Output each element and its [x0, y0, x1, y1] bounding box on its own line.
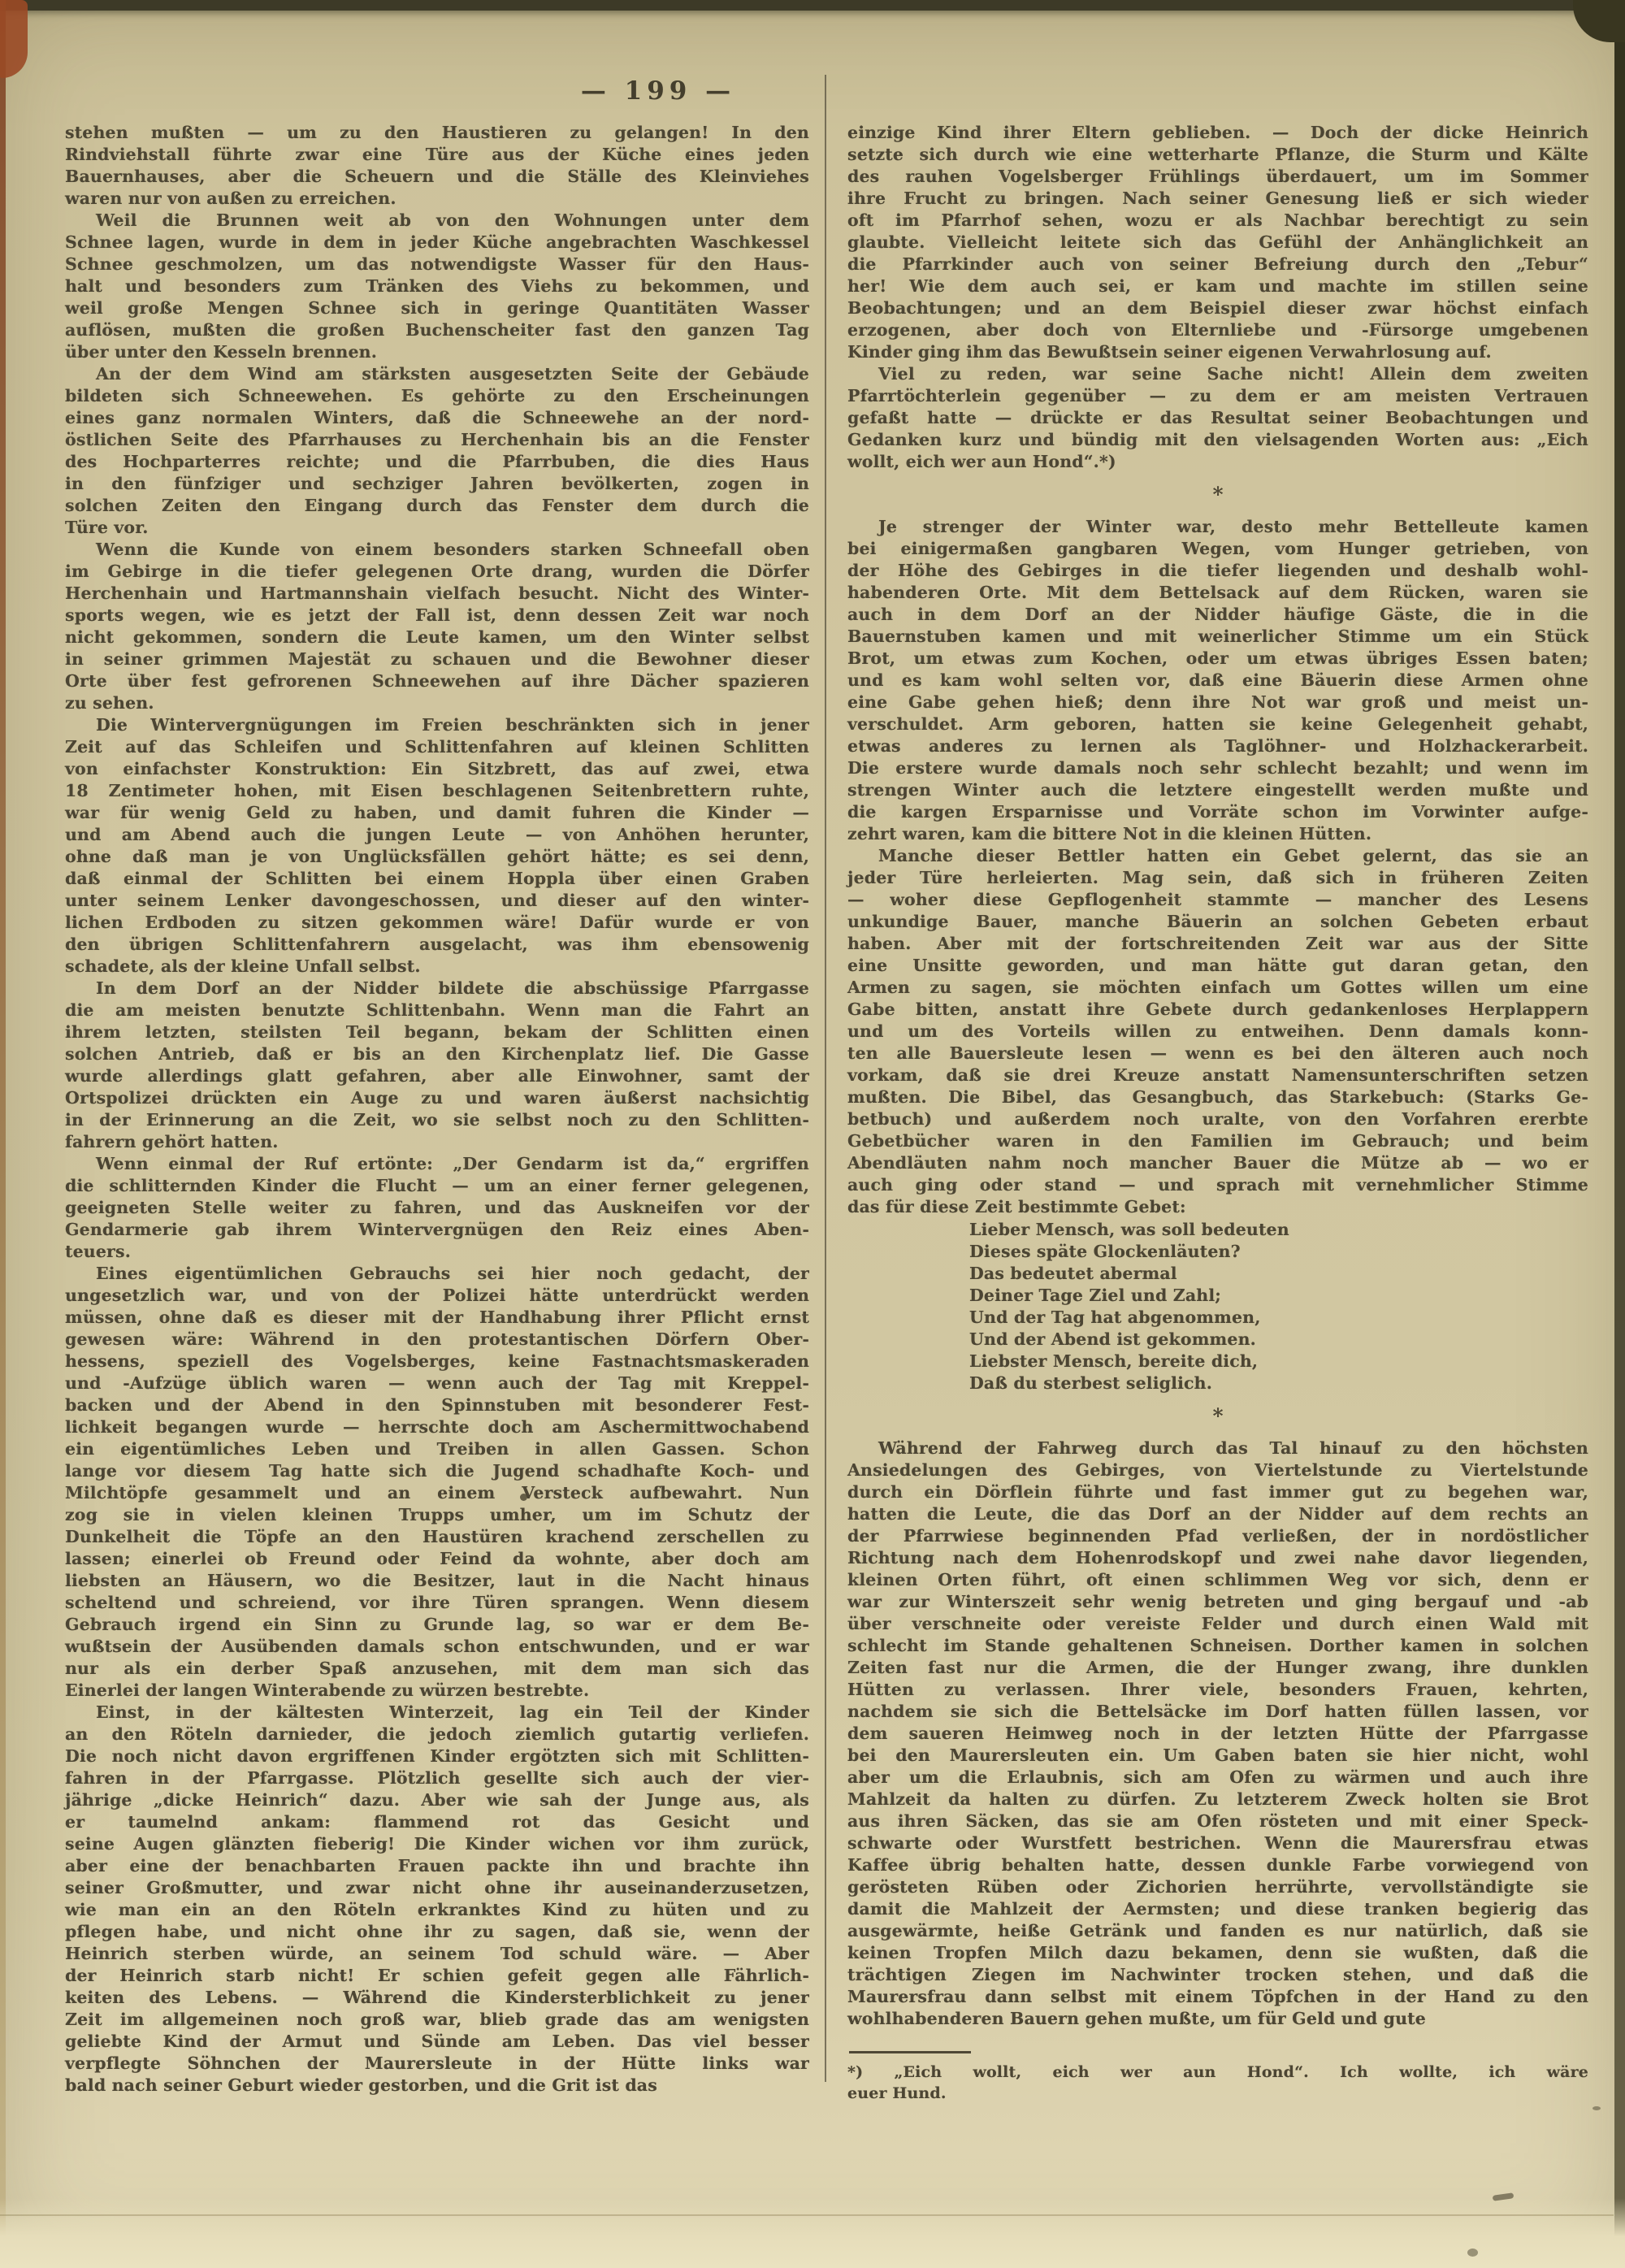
text-line: Einst, in der kältesten Winterzeit, lag … — [65, 1702, 809, 1724]
footnote-rule — [849, 2051, 971, 2053]
text-line: solchen Zeiten den Eingang durch das Fen… — [65, 495, 809, 517]
text-line: Wenn einmal der Ruf ertönte: „Der Gendar… — [65, 1153, 809, 1175]
text-line: geeigneten Stelle weiter zu fahren, und … — [65, 1197, 809, 1219]
text-line: Manche dieser Bettler hatten ein Gebet g… — [847, 845, 1588, 867]
text-line: gerösteten Rüben oder Zichorien herrührt… — [847, 1876, 1588, 1898]
left-text-column: stehen mußten — um zu den Haustieren zu … — [65, 122, 809, 2097]
paragraph: Die Wintervergnügungen im Freien beschrä… — [65, 714, 809, 978]
paragraph: Wenn einmal der Ruf ertönte: „Der Gendar… — [65, 1153, 809, 1263]
text-line: Zeit auf das Schleifen und Schlittenfahr… — [65, 736, 809, 758]
text-line: bald nach seiner Geburt wieder gestorben… — [65, 2075, 809, 2097]
text-line: waren nur von außen zu erreichen. — [65, 188, 809, 210]
text-line: Heinrich sterben würde, an seinem Tod sc… — [65, 1943, 809, 1965]
column-divider-rule — [825, 75, 826, 2082]
text-line: ohne daß man je von Unglücksfällen gehör… — [65, 846, 809, 868]
verse-block: Lieber Mensch, was soll bedeutenDieses s… — [847, 1219, 1588, 1394]
text-line: Lieber Mensch, was soll bedeuten — [847, 1219, 1588, 1241]
text-line: des rauhen Vogelsberger Frühlings überda… — [847, 166, 1588, 188]
red-corner-stain — [0, 0, 28, 78]
scan-top-edge — [0, 0, 1625, 11]
text-line: zog sie in vielen kleinen Trupps umher, … — [65, 1504, 809, 1526]
text-line: hatten die Leute, die das Dorf an der Ni… — [847, 1503, 1588, 1525]
paragraph: An der dem Wind am stärksten ausgesetzte… — [65, 363, 809, 539]
text-line: kleinen Orten führt, oft einen schlimmen… — [847, 1569, 1588, 1591]
text-line: Beobachtungen; und an dem Beispiel diese… — [847, 297, 1588, 319]
page-number: — 199 — — [0, 76, 1316, 106]
text-line: ten alle Bauersleute lesen — wenn es bei… — [847, 1043, 1588, 1065]
text-line: jährige „dicke Heinrich“ dazu. Aber wie … — [65, 1789, 809, 1811]
text-line: über verschneite oder vereiste Felder un… — [847, 1613, 1588, 1635]
text-line: aber eine der benachbarten Frauen packte… — [65, 1855, 809, 1877]
book-spine-edge — [0, 0, 6, 2268]
text-line: stehen mußten — um zu den Haustieren zu … — [65, 122, 809, 144]
text-line: der Heinrich starb nicht! Er schien gefe… — [65, 1965, 809, 1987]
text-line: und -Aufzüge üblich waren — wenn auch de… — [65, 1373, 809, 1394]
text-line: setzte sich durch wie eine wetterharte P… — [847, 144, 1588, 166]
text-line: er taumelnd ankam: flammend rot das Gesi… — [65, 1811, 809, 1833]
text-line: keiten des Lebens. — Während die Kinders… — [65, 1987, 809, 2009]
text-line: unter seinem Lenker davongeschossen, und… — [65, 890, 809, 912]
text-line: Hütten zu verlassen. Ihrer viele, besond… — [847, 1679, 1588, 1701]
text-line: euer Hund. — [847, 2083, 1588, 2104]
text-line: Weil die Brunnen weit ab von den Wohnung… — [65, 210, 809, 232]
text-line: verpflegte Söhnchen der Maurersleute in … — [65, 2053, 809, 2075]
text-line: eine Gabe gehen hieß; denn ihre Not war … — [847, 692, 1588, 713]
text-line: Kinder ging ihm das Bewußtsein seiner ei… — [847, 341, 1588, 363]
text-line: Pfarrtöchterlein gegenüber — zu dem er a… — [847, 385, 1588, 407]
text-line: ihre Frucht zu bringen. Nach seiner Gene… — [847, 188, 1588, 210]
text-line: der Höhe des Gebirges in die tiefer lieg… — [847, 560, 1588, 582]
book-page-scan: { "page": { "header": "— 199 —" }, "left… — [0, 0, 1625, 2268]
text-line: Liebster Mensch, bereite dich, — [847, 1351, 1588, 1373]
scan-right-edge — [1614, 0, 1625, 2268]
text-line: nicht gekommen, sondern die Leute kamen,… — [65, 627, 809, 648]
text-line: ihrem letzten, steilsten Teil begann, be… — [65, 1021, 809, 1043]
text-line: östlichen Seite des Pfarrhauses zu Herch… — [65, 429, 809, 451]
paragraph: Eines eigentümlichen Gebrauchs sei hier … — [65, 1263, 809, 1702]
text-line: glaubte. Vielleicht leitete sich das Gef… — [847, 232, 1588, 254]
footnote-block: *) „Eich wollt, eich wer aun Hond“. Ich … — [847, 2062, 1588, 2104]
text-line: scheltend und schreiend, vor ihre Türen … — [65, 1592, 809, 1614]
text-line: die kargen Ersparnisse und Vorräte schon… — [847, 801, 1588, 823]
text-line: solchen Antrieb, daß er bis an den Kirch… — [65, 1043, 809, 1065]
paragraph: Viel zu reden, war seine Sache nicht! Al… — [847, 363, 1588, 473]
text-line: Ortspolizei drückten ein Auge zu und war… — [65, 1087, 809, 1109]
text-line: wurde allerdings glatt gefahren, aber al… — [65, 1065, 809, 1087]
text-line: bei den Maurersleuten ein. Um Gaben bate… — [847, 1745, 1588, 1767]
text-line: Mahlzeit da halten zu dürfen. Zu letzter… — [847, 1789, 1588, 1810]
text-line: Gebrauch irgend ein Sinn zu Grunde lag, … — [65, 1614, 809, 1636]
paragraph: Manche dieser Bettler hatten ein Gebet g… — [847, 845, 1588, 1218]
text-line: an den Röteln darnieder, die jedoch ziem… — [65, 1724, 809, 1745]
text-line: schadete, als der kleine Unfall selbst. — [65, 956, 809, 978]
text-line: auch in dem Dorf an der Nidder häufige G… — [847, 604, 1588, 626]
text-line: lassen; einerlei ob Freund oder Feind da… — [65, 1548, 809, 1570]
text-line: strengen Winter auch die letztere einges… — [847, 779, 1588, 801]
text-line: Gebetbücher waren in den Familien im Geb… — [847, 1130, 1588, 1152]
text-line: Und der Abend ist gekommen. — [847, 1329, 1588, 1351]
text-line: Die Wintervergnügungen im Freien beschrä… — [65, 714, 809, 736]
text-line: 18 Zentimeter hohen, mit Eisen beschlage… — [65, 780, 809, 802]
text-line: nur als ein derber Spaß anzusehen, mit d… — [65, 1658, 809, 1680]
text-line: bildeten sich Schneewehen. Es gehörte zu… — [65, 385, 809, 407]
text-line: Herchenhain und Hartmannshain vielfach b… — [65, 583, 809, 605]
text-line: in der Erinnerung an die Zeit, wo sie se… — [65, 1109, 809, 1131]
text-line: wie man ein an den Röteln erkranktes Kin… — [65, 1899, 809, 1921]
text-line: schwarte oder Wurstfett bestrichen. Wenn… — [847, 1832, 1588, 1854]
text-line: liebsten an Häusern, wo die Besitzer, la… — [65, 1570, 809, 1592]
text-line: ausgewärmte, heiße Getränk und fanden es… — [847, 1920, 1588, 1942]
text-line: jeder Türe herleierten. Mag sein, daß si… — [847, 867, 1588, 889]
text-line: Dunkelheit die Töpfe an den Haustüren kr… — [65, 1526, 809, 1548]
text-line: eines ganz normalen Winters, daß die Sch… — [65, 407, 809, 429]
text-line: hessens, speziell des Vogelsberges, kein… — [65, 1351, 809, 1373]
ink-smudge — [1592, 2106, 1601, 2110]
text-line: wollt, eich wer aun Hond“.*) — [847, 451, 1588, 473]
text-line: wußtsein der Ausübenden damals schon ent… — [65, 1636, 809, 1658]
text-line: wohlhabenderen Bauern gehen mußte, um fü… — [847, 2008, 1588, 2030]
text-line: gefaßt hatte — drückte er das Resultat s… — [847, 407, 1588, 429]
text-line: schlecht im Stande gehaltenen Schneisen.… — [847, 1635, 1588, 1657]
text-line: und am Abend auch die jungen Leute — von… — [65, 824, 809, 846]
text-line: mußten. Die Bibel, das Gesangbuch, das S… — [847, 1086, 1588, 1108]
text-line: weil große Mengen Schnee sich in geringe… — [65, 297, 809, 319]
text-line: habenderen Orte. Mit dem Bettelsack auf … — [847, 582, 1588, 604]
text-line: ein eigentümliches Leben und Treiben in … — [65, 1438, 809, 1460]
text-line: und es kam wohl selten vor, daß eine Bäu… — [847, 670, 1588, 692]
text-line: Ansiedelungen des Gebirges, von Viertels… — [847, 1459, 1588, 1481]
text-line: Bauernhauses, aber die Scheuern und die … — [65, 166, 809, 188]
text-line: auflösen, mußten die großen Buchenscheit… — [65, 319, 809, 341]
paragraph: Während der Fahrweg durch das Tal hinauf… — [847, 1438, 1588, 2030]
text-line: backen und der Abend in den Spinnstuben … — [65, 1394, 809, 1416]
text-line: der Pfarrwiese beginnenden Pfad verließe… — [847, 1525, 1588, 1547]
text-line: auch ging oder stand — und sprach mit ve… — [847, 1174, 1588, 1196]
text-line: aus ihren Säcken, das sie am Ofen röstet… — [847, 1810, 1588, 1832]
text-line: vorkam, daß sie drei Kreuze anstatt Name… — [847, 1065, 1588, 1086]
text-line: Daß du sterbest seliglich. — [847, 1373, 1588, 1394]
text-line: müssen, ohne daß es dieser mit der Handh… — [65, 1307, 809, 1329]
text-line: Das bedeutet abermal — [847, 1263, 1588, 1285]
text-line: Armen zu sagen, sie möchten einfach um G… — [847, 977, 1588, 999]
text-line: war zur Winterszeit sehr wenig betreten … — [847, 1591, 1588, 1613]
paragraph: Je strenger der Winter war, desto mehr B… — [847, 516, 1588, 845]
text-line: etwas anderes zu lernen als Taglöhner- u… — [847, 735, 1588, 757]
text-line: sports wegen, wie es jetzt der Fall ist,… — [65, 605, 809, 627]
paragraph: Einst, in der kältesten Winterzeit, lag … — [65, 1702, 809, 2097]
paragraph: Weil die Brunnen weit ab von den Wohnung… — [65, 210, 809, 363]
text-line: Die erstere wurde damals noch sehr schle… — [847, 757, 1588, 779]
text-line: trächtigen Ziegen im Nachwinter trocken … — [847, 1964, 1588, 1986]
separator-asterisk: * — [847, 484, 1588, 505]
paragraph: In dem Dorf an der Nidder bildete die ab… — [65, 978, 809, 1153]
text-line: war für wenig Geld zu haben, und damit f… — [65, 802, 809, 824]
text-line: Abendläuten nahm noch mancher Bauer die … — [847, 1152, 1588, 1174]
text-line: Gendarmerie gab ihrem Wintervergnügen de… — [65, 1219, 809, 1241]
text-line: Maurersfrau dann selbst mit einem Töpfch… — [847, 1986, 1588, 2008]
ink-smudge — [1467, 2248, 1478, 2257]
text-line: Während der Fahrweg durch das Tal hinauf… — [847, 1438, 1588, 1459]
text-line: die Pfarrkinder auch von seiner Befreiun… — [847, 254, 1588, 275]
text-line: die am meisten benutzte Schlittenbahn. W… — [65, 1000, 809, 1021]
text-line: in seiner grimmen Majestät zu schauen un… — [65, 648, 809, 670]
text-line: geliebte Kind der Armut und Sünde am Leb… — [65, 2031, 809, 2053]
text-line: unkundige Bauer, manche Bäuerin an solch… — [847, 911, 1588, 933]
text-line: Gabe bitten, anstatt ihre Gebete durch g… — [847, 999, 1588, 1021]
text-line: lichkeit begangen wurde — herrschte doch… — [65, 1416, 809, 1438]
page-bottom-edge — [0, 2198, 1625, 2268]
text-line: lange vor diesem Tag hatte sich die Juge… — [65, 1460, 809, 1482]
text-line: keinen Tropfen Milch dazu bekamen, denn … — [847, 1942, 1588, 1964]
text-line: in den fünfziger und sechziger Jahren be… — [65, 473, 809, 495]
text-line: eine Unsitte geworden, und man hätte gut… — [847, 955, 1588, 977]
text-line: seiner Großmutter, und zwar nicht ohne i… — [65, 1877, 809, 1899]
text-line: An der dem Wind am stärksten ausgesetzte… — [65, 363, 809, 385]
page-stack-line — [0, 2214, 1614, 2216]
text-line: verschuldet. Arm geboren, hatten sie kei… — [847, 713, 1588, 735]
text-line: In dem Dorf an der Nidder bildete die ab… — [65, 978, 809, 1000]
paragraph: Wenn die Kunde von einem besonders stark… — [65, 539, 809, 714]
text-line: den übrigen Schlittenfahrern ausgelacht,… — [65, 934, 809, 956]
text-line: Zeiten fast nur die Armen, die der Hunge… — [847, 1657, 1588, 1679]
text-line: das für diese Zeit bestimmte Gebet: — [847, 1196, 1588, 1218]
text-line: Brot, um etwas zum Kochen, oder um etwas… — [847, 648, 1588, 670]
text-line: Und der Tag hat abgenommen, — [847, 1307, 1588, 1329]
text-line: betbuch) und außerdem noch uralte, von d… — [847, 1108, 1588, 1130]
text-line: Orte über fest gefrorenen Schneewehen au… — [65, 670, 809, 692]
text-line: Milchtöpfe gesammelt und an einem Verste… — [65, 1482, 809, 1504]
text-line: — woher diese Gepflogenheit stammte — ma… — [847, 889, 1588, 911]
text-line: Richtung nach dem Hohenrodskopf und zwei… — [847, 1547, 1588, 1569]
text-line: fahren in der Pfarrgasse. Plötzlich gese… — [65, 1767, 809, 1789]
text-line: lichen Erdboden zu sitzen gekommen wäre!… — [65, 912, 809, 934]
text-line: damit die Mahlzeit der Aermsten; und die… — [847, 1898, 1588, 1920]
text-line: Eines eigentümlichen Gebrauchs sei hier … — [65, 1263, 809, 1285]
text-line: ungesetzlich war, und von der Polizei hä… — [65, 1285, 809, 1307]
text-line: bei einigermaßen gangbaren Wegen, vom Hu… — [847, 538, 1588, 560]
text-line: des Hochparterres reichte; und die Pfarr… — [65, 451, 809, 473]
text-line: Zeit im allgemeinen noch groß war, blieb… — [65, 2009, 809, 2031]
paragraph: einzige Kind ihrer Eltern geblieben. — D… — [847, 122, 1588, 363]
text-line: und um des Vorteils willen zu entweihen.… — [847, 1021, 1588, 1043]
text-line: haben. Aber mit der fortschreitenden Zei… — [847, 933, 1588, 955]
text-line: im Gebirge in die tiefer gelegenen Orte … — [65, 561, 809, 583]
text-line: Einerlei der langen Winterabende zu würz… — [65, 1680, 809, 1702]
text-line: daß einmal der Schlitten bei einem Hoppl… — [65, 868, 809, 890]
text-line: oft im Pfarrhof sehen, wozu er als Nachb… — [847, 210, 1588, 232]
text-line: fahrern gehört hatten. — [65, 1131, 809, 1153]
text-line: Die noch nicht davon ergriffenen Kinder … — [65, 1745, 809, 1767]
scan-top-right-corner-shadow — [1573, 0, 1625, 42]
ink-blot — [520, 1494, 527, 1501]
text-line: gewesen wäre: Während in den protestanti… — [65, 1329, 809, 1351]
text-line: einzige Kind ihrer Eltern geblieben. — D… — [847, 122, 1588, 144]
text-line: Je strenger der Winter war, desto mehr B… — [847, 516, 1588, 538]
text-line: her! Wie dem auch sei, er kam und machte… — [847, 275, 1588, 297]
text-line: dem saueren Heimweg noch in der letzten … — [847, 1723, 1588, 1745]
text-line: Viel zu reden, war seine Sache nicht! Al… — [847, 363, 1588, 385]
text-line: durch ein Dörflein führte und fast immer… — [847, 1481, 1588, 1503]
text-line: *) „Eich wollt, eich wer aun Hond“. Ich … — [847, 2062, 1588, 2083]
text-line: Bauernstuben kamen und mit weinerlicher … — [847, 626, 1588, 648]
text-line: Kaffee übrig behalten hatte, dessen dunk… — [847, 1854, 1588, 1876]
text-line: pflegen habe, und nicht ohne ihr zu sage… — [65, 1921, 809, 1943]
separator-asterisk: * — [847, 1405, 1588, 1427]
text-line: nachdem sie sich die Bettelsäcke im Dorf… — [847, 1701, 1588, 1723]
paragraph: stehen mußten — um zu den Haustieren zu … — [65, 122, 809, 210]
text-line: Wenn die Kunde von einem besonders stark… — [65, 539, 809, 561]
text-line: Rindviehstall führte zwar eine Türe aus … — [65, 144, 809, 166]
text-line: halt und besonders zum Tränken des Viehs… — [65, 275, 809, 297]
text-line: über unter den Kesseln brennen. — [65, 341, 809, 363]
text-line: Schnee geschmolzen, um das notwendigste … — [65, 254, 809, 275]
text-line: seine Augen glänzten fieberig! Die Kinde… — [65, 1833, 809, 1855]
text-line: Deiner Tage Ziel und Zahl; — [847, 1285, 1588, 1307]
text-line: zu sehen. — [65, 692, 809, 714]
text-line: teuers. — [65, 1241, 809, 1263]
text-line: Türe vor. — [65, 517, 809, 539]
text-line: Dieses späte Glockenläuten? — [847, 1241, 1588, 1263]
text-line: die schlitternden Kinder die Flucht — um… — [65, 1175, 809, 1197]
text-line: Gedanken kurz und bündig mit den vielsag… — [847, 429, 1588, 451]
text-line: zehrt waren, kam die bittere Not in die … — [847, 823, 1588, 845]
text-line: von einfachster Konstruktion: Ein Sitzbr… — [65, 758, 809, 780]
text-line: Schnee lagen, wurde in dem in jeder Küch… — [65, 232, 809, 254]
text-line: erzogenen, aber doch von Elternliebe und… — [847, 319, 1588, 341]
text-line: aber um die Erlaubnis, sich am Ofen zu w… — [847, 1767, 1588, 1789]
right-text-column: einzige Kind ihrer Eltern geblieben. — D… — [847, 122, 1588, 2104]
